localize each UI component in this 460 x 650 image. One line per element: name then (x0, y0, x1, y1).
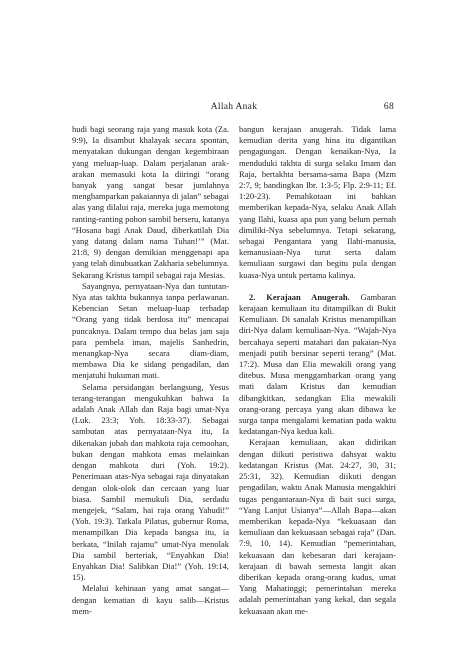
paragraph: Sayangnya, pernyataan-Nya dan tuntutan-N… (72, 281, 229, 382)
running-header-title: Allah Anak (72, 102, 396, 112)
text-columns: hudi bagi seorang raja yang masuk kota (… (72, 124, 396, 617)
paragraph: Selama persidangan berlangsung, Yesus te… (72, 382, 229, 584)
paragraph-continuation: bangun kerajaan anugerah. Tidak lama kem… (239, 124, 396, 281)
page-number: 68 (384, 102, 394, 112)
document-page: Allah Anak 68 hudi bagi seorang raja yan… (0, 0, 460, 650)
section-heading: 2. Kerajaan Anugerah. (249, 292, 350, 302)
page-header: Allah Anak 68 (72, 102, 396, 116)
paragraph-continuation: hudi bagi seorang raja yang masuk kota (… (72, 124, 229, 281)
section-body-text: Gambaran kerajaan kemuliaan itu ditampil… (239, 292, 396, 436)
right-column: bangun kerajaan anugerah. Tidak lama kem… (239, 124, 396, 617)
section-paragraph: 2. Kerajaan Anugerah. Gambaran kerajaan … (239, 292, 396, 438)
left-column: hudi bagi seorang raja yang masuk kota (… (72, 124, 229, 617)
paragraph-hyphen-break: Kerajaan kemuliaan, akan didirikan denga… (239, 437, 396, 616)
paragraph-hyphen-break: Melalui kehinaan yang amat sangat—dengan… (72, 583, 229, 617)
